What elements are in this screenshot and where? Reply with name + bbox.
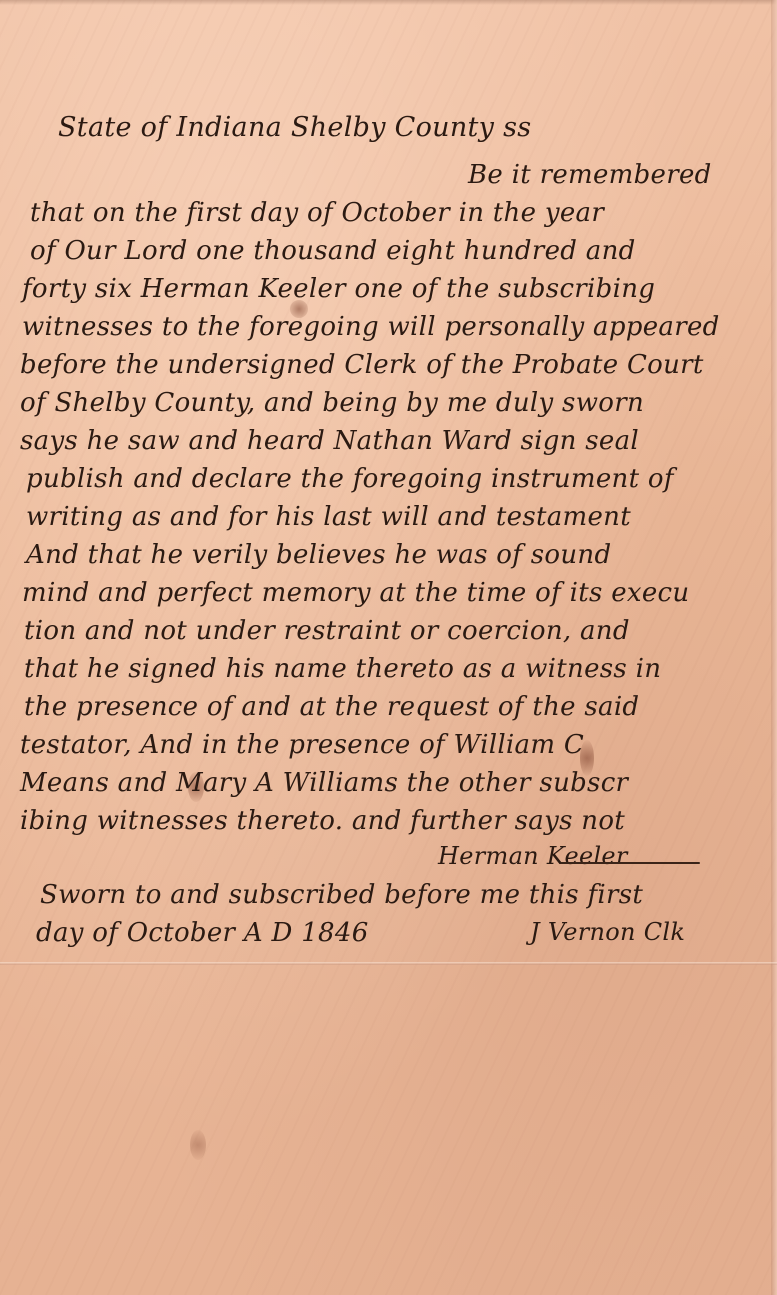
section1-line: testator, And in the presence of William… [20, 730, 584, 760]
jurat-line: Sworn to and subscribed before me this f… [40, 880, 643, 910]
section1-line: says he saw and heard Nathan Ward sign s… [20, 426, 639, 456]
section1-line: publish and declare the foregoing instru… [26, 464, 674, 494]
document-page: State of Indiana Shelby County ss Be it … [0, 0, 777, 1295]
section1-line: witnesses to the foregoing will personal… [22, 312, 720, 342]
section1-line: And that he verily believes he was of so… [26, 540, 611, 570]
section1-line: writing as and for his last will and tes… [26, 502, 631, 532]
section1-line: ibing witnesses thereto. and further say… [20, 806, 625, 836]
section1-line: Be it remembered [468, 160, 712, 190]
paper-fold-line [0, 962, 777, 965]
section1-line: before the undersigned Clerk of the Prob… [20, 350, 704, 380]
section1-line: of Shelby County, and being by me duly s… [20, 388, 644, 418]
clerk-signature-initial: J Vernon Clk [530, 918, 685, 946]
section1-line: mind and perfect memory at the time of i… [22, 578, 689, 608]
section1-line: the presence of and at the request of th… [24, 692, 639, 722]
section1-line: Means and Mary A Williams the other subs… [20, 768, 628, 798]
section1-line: that he signed his name thereto as a wit… [24, 654, 661, 684]
section1-line: forty six Herman Keeler one of the subsc… [22, 274, 655, 304]
signature-flourish [560, 862, 700, 864]
section1-line: that on the first day of October in the … [30, 198, 604, 228]
jurat-line: day of October A D 1846 [36, 918, 369, 948]
section1-heading: State of Indiana Shelby County ss [58, 112, 531, 143]
witness-signature: Herman Keeler [438, 842, 628, 870]
ink-stain [190, 1130, 206, 1160]
paper-top-edge [0, 0, 777, 5]
paper-right-edge [771, 0, 777, 1295]
section1-line: tion and not under restraint or coercion… [24, 616, 630, 646]
section1-line: of Our Lord one thousand eight hundred a… [30, 236, 636, 266]
